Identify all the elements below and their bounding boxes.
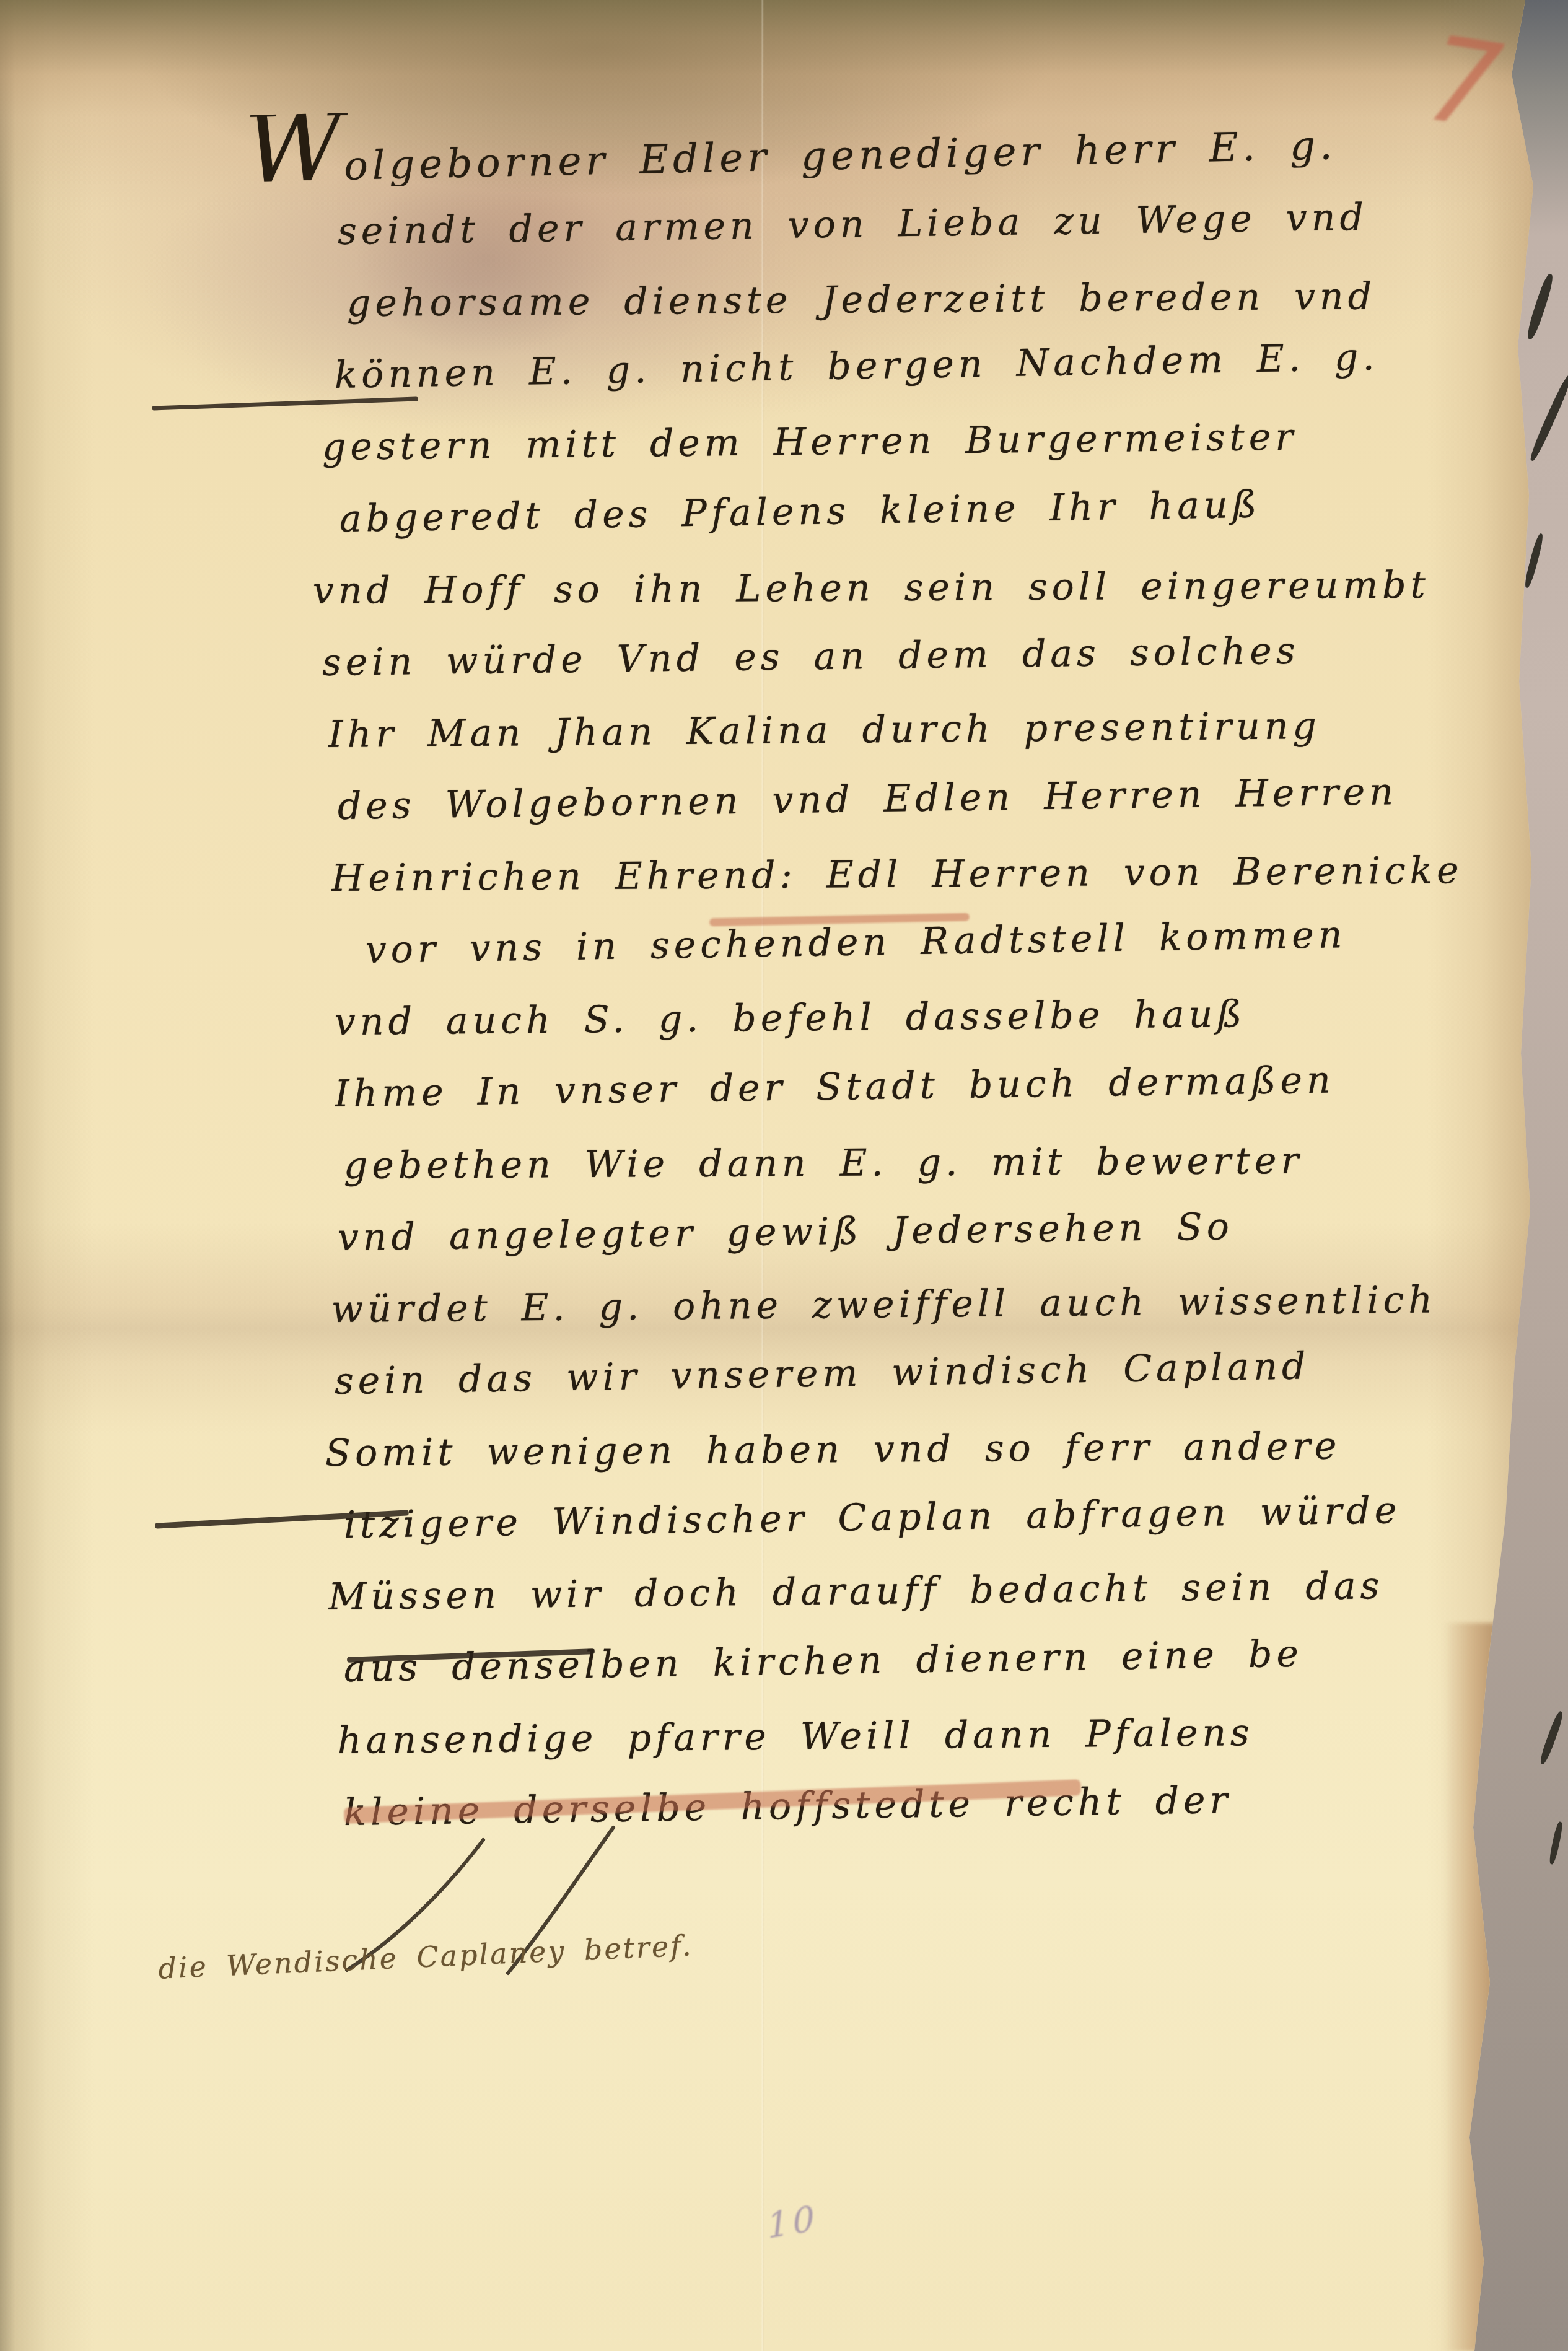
ink-smudge [1528, 374, 1568, 463]
text-line: Wolgeborner Edler genediger herr E. g. [244, 90, 1460, 190]
scanned-manuscript-photo: { "manuscript": { "lines": [ "Wolgeborne… [0, 0, 1568, 2351]
text-line: vnd angelegter gewiß Jedersehen So [337, 1191, 1552, 1280]
pencil-folio-number: 10 [766, 2198, 820, 2248]
manuscript-page: 7 Wolgeborner Edler genediger herr E. g.… [0, 0, 1568, 2351]
text-line: seindt der armen von Lieba zu Wege vnd [337, 183, 1552, 274]
ink-smudge [1548, 1821, 1564, 1865]
ink-smudge [1538, 1710, 1565, 1765]
text-line: sein würde Vnd es an dem das solches [322, 616, 1536, 705]
ink-smudge [1525, 273, 1555, 341]
